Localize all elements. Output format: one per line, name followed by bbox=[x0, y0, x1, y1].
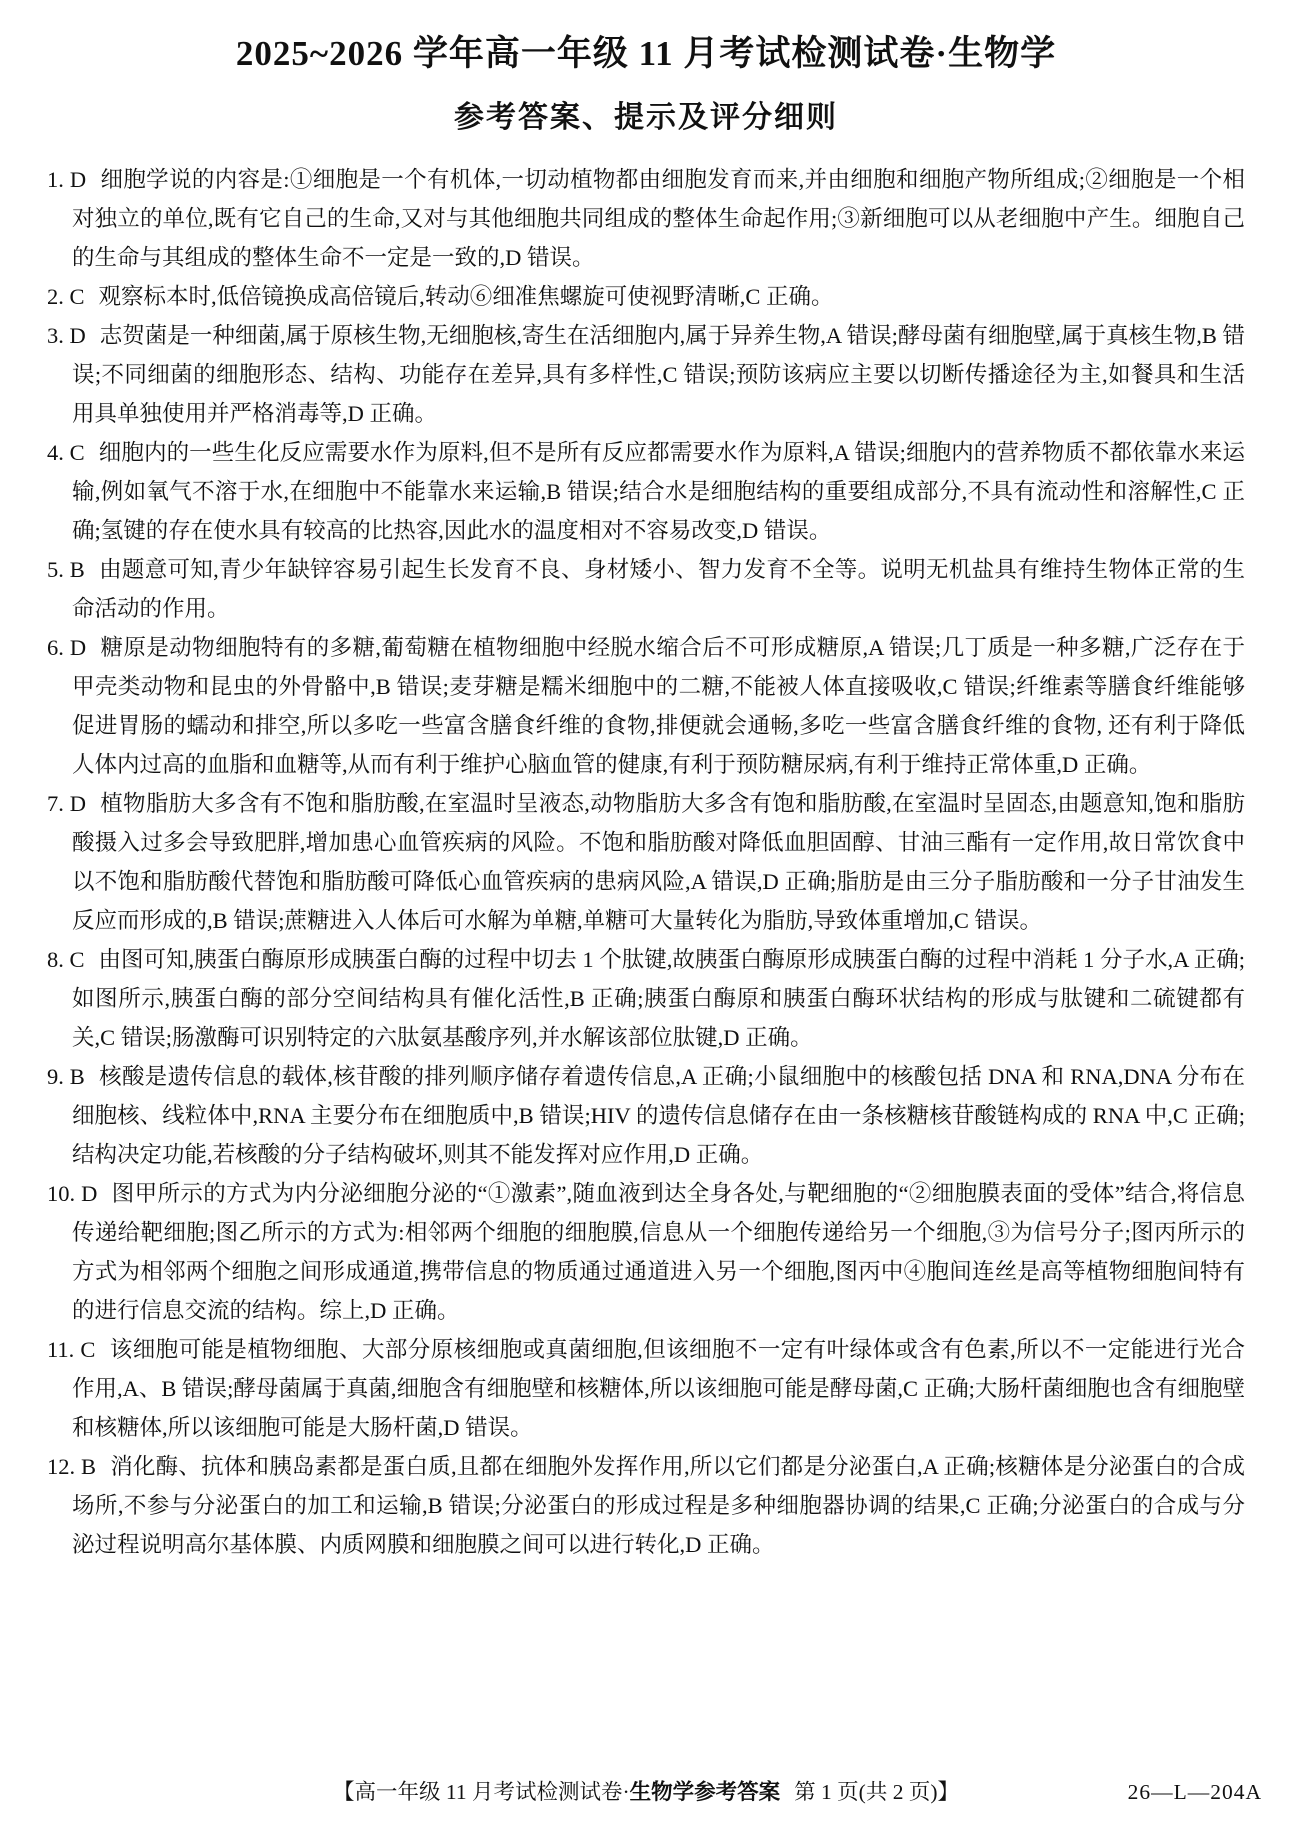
answer-text: 由题意可知,青少年缺锌容易引起生长发育不良、身材矮小、智力发育不全等。说明无机盐… bbox=[72, 557, 1245, 621]
answer-number: 7. D bbox=[47, 791, 86, 816]
answer-number: 12. B bbox=[47, 1454, 96, 1479]
answer-item: 9. B核酸是遗传信息的载体,核苷酸的排列顺序储存着遗传信息,A 正确;小鼠细胞… bbox=[47, 1057, 1245, 1174]
answer-item: 4. C细胞内的一些生化反应需要水作为原料,但不是所有反应都需要水作为原料,A … bbox=[47, 433, 1245, 550]
answer-item: 3. D志贺菌是一种细菌,属于原核生物,无细胞核,寄生在活细胞内,属于异养生物,… bbox=[47, 316, 1245, 433]
answer-number: 10. D bbox=[47, 1181, 97, 1206]
answer-text: 消化酶、抗体和胰岛素都是蛋白质,且都在细胞外发挥作用,所以它们都是分泌蛋白,A … bbox=[72, 1454, 1245, 1557]
paper-code: 26—L—204A bbox=[1128, 1777, 1262, 1807]
answer-text: 观察标本时,低倍镜换成高倍镜后,转动⑥细准焦螺旋可使视野清晰,C 正确。 bbox=[99, 284, 834, 309]
answer-item: 7. D植物脂肪大多含有不饱和脂肪酸,在室温时呈液态,动物脂肪大多含有饱和脂肪酸… bbox=[47, 784, 1245, 940]
answer-text: 核酸是遗传信息的载体,核苷酸的排列顺序储存着遗传信息,A 正确;小鼠细胞中的核酸… bbox=[72, 1064, 1245, 1167]
answer-item: 1. D细胞学说的内容是:①细胞是一个有机体,一切动植物都由细胞发育而来,并由细… bbox=[47, 160, 1245, 277]
answer-item: 11. C该细胞可能是植物细胞、大部分原核细胞或真菌细胞,但该细胞不一定有叶绿体… bbox=[47, 1330, 1245, 1447]
answer-number: 8. C bbox=[47, 947, 85, 972]
answer-number: 4. C bbox=[47, 440, 85, 465]
answer-text: 由图可知,胰蛋白酶原形成胰蛋白酶的过程中切去 1 个肽键,故胰蛋白酶原形成胰蛋白… bbox=[72, 947, 1245, 1050]
answer-text: 图甲所示的方式为内分泌细胞分泌的“①激素”,随血液到达全身各处,与靶细胞的“②细… bbox=[72, 1181, 1245, 1323]
page-header: 2025~2026 学年高一年级 11 月考试检测试卷·生物学 参考答案、提示及… bbox=[0, 0, 1292, 136]
answer-text: 植物脂肪大多含有不饱和脂肪酸,在室温时呈液态,动物脂肪大多含有饱和脂肪酸,在室温… bbox=[72, 791, 1245, 933]
answer-number: 2. C bbox=[47, 284, 85, 309]
answer-text: 细胞内的一些生化反应需要水作为原料,但不是所有反应都需要水作为原料,A 错误;细… bbox=[72, 440, 1245, 543]
page-footer: 【高一年级 11 月考试检测试卷·生物学参考答案第 1 页(共 2 页)】 26… bbox=[0, 1777, 1292, 1807]
answer-text: 该细胞可能是植物细胞、大部分原核细胞或真菌细胞,但该细胞不一定有叶绿体或含有色素… bbox=[72, 1337, 1245, 1440]
footer-caption: 【高一年级 11 月考试检测试卷·生物学参考答案第 1 页(共 2 页)】 bbox=[0, 1777, 1292, 1807]
footer-paper-name: 【高一年级 11 月考试检测试卷· bbox=[333, 1780, 630, 1804]
answer-number: 1. D bbox=[47, 167, 86, 192]
answer-item: 8. C由图可知,胰蛋白酶原形成胰蛋白酶的过程中切去 1 个肽键,故胰蛋白酶原形… bbox=[47, 940, 1245, 1057]
answer-text: 志贺菌是一种细菌,属于原核生物,无细胞核,寄生在活细胞内,属于异养生物,A 错误… bbox=[72, 323, 1245, 426]
answer-item: 2. C观察标本时,低倍镜换成高倍镜后,转动⑥细准焦螺旋可使视野清晰,C 正确。 bbox=[47, 277, 1245, 316]
footer-page-info: 第 1 页(共 2 页)】 bbox=[794, 1780, 959, 1804]
page-title: 2025~2026 学年高一年级 11 月考试检测试卷·生物学 bbox=[0, 26, 1292, 76]
answers-list: 1. D细胞学说的内容是:①细胞是一个有机体,一切动植物都由细胞发育而来,并由细… bbox=[47, 160, 1245, 1564]
answer-number: 6. D bbox=[47, 635, 86, 660]
answer-number: 11. C bbox=[47, 1337, 95, 1362]
answer-item: 12. B消化酶、抗体和胰岛素都是蛋白质,且都在细胞外发挥作用,所以它们都是分泌… bbox=[47, 1447, 1245, 1564]
answer-item: 10. D图甲所示的方式为内分泌细胞分泌的“①激素”,随血液到达全身各处,与靶细… bbox=[47, 1174, 1245, 1330]
answer-item: 5. B由题意可知,青少年缺锌容易引起生长发育不良、身材矮小、智力发育不全等。说… bbox=[47, 550, 1245, 628]
page-subtitle: 参考答案、提示及评分细则 bbox=[0, 92, 1292, 136]
answer-number: 5. B bbox=[47, 557, 85, 582]
answer-number: 3. D bbox=[47, 323, 86, 348]
footer-subject-answers: 生物学参考答案 bbox=[630, 1780, 781, 1804]
answer-item: 6. D糖原是动物细胞特有的多糖,葡萄糖在植物细胞中经脱水缩合后不可形成糖原,A… bbox=[47, 628, 1245, 784]
answer-text: 细胞学说的内容是:①细胞是一个有机体,一切动植物都由细胞发育而来,并由细胞和细胞… bbox=[72, 167, 1245, 270]
exam-answer-page: 2025~2026 学年高一年级 11 月考试检测试卷·生物学 参考答案、提示及… bbox=[0, 0, 1292, 1835]
answer-number: 9. B bbox=[47, 1064, 85, 1089]
answer-text: 糖原是动物细胞特有的多糖,葡萄糖在植物细胞中经脱水缩合后不可形成糖原,A 错误;… bbox=[72, 635, 1245, 777]
